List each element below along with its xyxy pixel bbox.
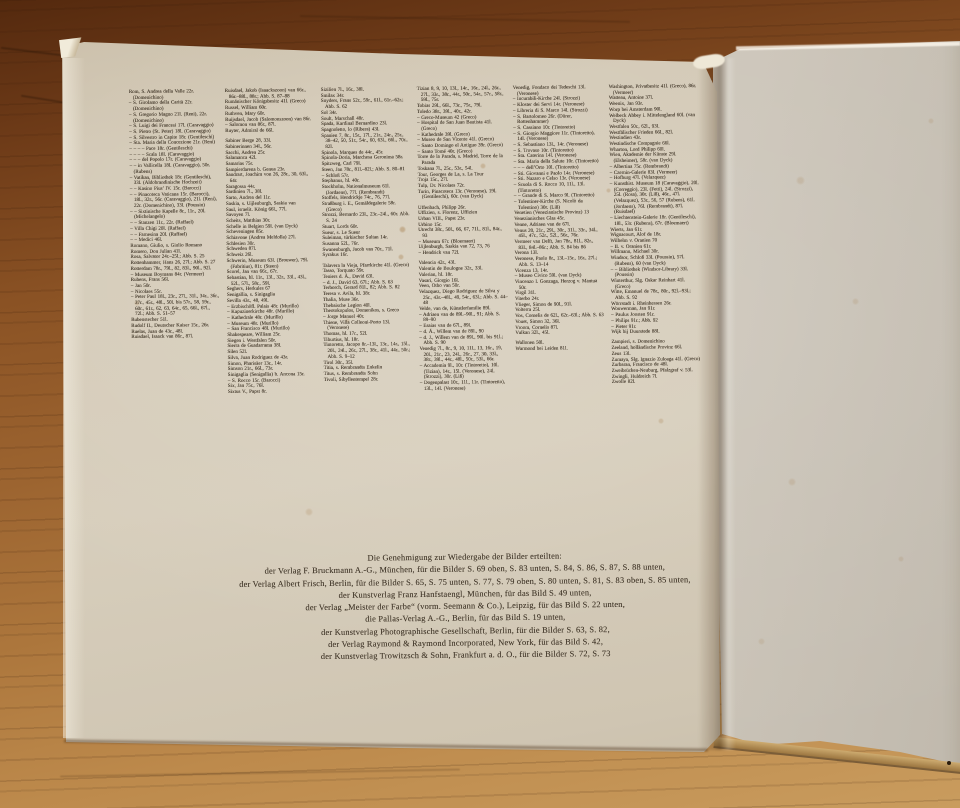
index-entry: – S. Giorgio Maggiore 11r. (Tintoretto),… xyxy=(513,131,602,143)
index-entry: – Kunsthist. Museum 18 (Caravaggio), 20l… xyxy=(610,181,699,216)
index-column-2: Ruisdael, Jakob (Isaackszoon) van 66r., … xyxy=(225,88,317,396)
index-entry: Venus 20, 21r., 29l., 30r., 31l., 33r., … xyxy=(514,228,603,240)
index-entry: Strozzi, Bernardo 23l., 23r.–24l., 60r. … xyxy=(322,213,411,225)
index-entry: Venedig 7l., 8r., 9, 10, 11l., 13, 16r.,… xyxy=(419,346,508,364)
index-entry: Steen, Jan 78r., 81l.–82l.; Abb. S. 80–8… xyxy=(322,167,411,174)
index-entry: Windsor, Schloß 33l. (Poussin), 57l. (Ru… xyxy=(611,255,700,267)
index-entry: – S. Girolamo della Carità 22r. (Domenic… xyxy=(129,101,218,113)
index-entry: – Adriaen van de 89l.–90l., 91; Abb. S. … xyxy=(419,312,508,324)
index-entry: – – Bibliothek (Windsor-Library) 33l. (P… xyxy=(611,267,700,279)
index-entry: Zwolle 82l. xyxy=(612,379,701,386)
credits-block: Die Genehmigung zur Wiedergabe der Bilde… xyxy=(181,549,750,666)
index-entry: – – Pinacoteca Vaticana 15r. (Barocci), … xyxy=(130,192,219,210)
index-entry: – Peter Paul 18l., 23r., 27l., 31l., 34r… xyxy=(131,294,220,318)
index-entry: – – in Vallicella 18l. (Caravaggio), 50r… xyxy=(130,163,219,175)
index-entry: Stockholm, Nationalmuseum 61l. (Jordaens… xyxy=(322,184,411,196)
printed-content: Rom, S. Andrea della Valle 22r. (Domenic… xyxy=(0,0,960,808)
index-entry: Tizian 8, 9, 10, 13l., 14r., 16r., 24l.,… xyxy=(417,86,506,104)
index-entry: Thiene, Villa Colleoni-Porto 13l. (Veron… xyxy=(323,320,412,332)
index-entry: Sixtus V., Papst 8r. xyxy=(228,389,317,396)
index-entry: – Dogenpalast 10r., 11l., 11r. (Tintoret… xyxy=(420,380,509,392)
index-entry: – – Sixtinische Kapelle 8r., 11r., 20l. … xyxy=(130,209,219,221)
index-entry: – Accademia 9l., 10r. (Tintoretto), 10l.… xyxy=(420,363,509,381)
credit-lines: der Verlag F. Bruckmann A.-G., München, … xyxy=(181,561,750,665)
index-entry: Rotterdam 78r., 79l., 82, 83l., 90l., 92… xyxy=(131,266,220,273)
index-entry: Sebastian, hl. 11r., 13l., 32r., 33l., 4… xyxy=(227,275,316,287)
index-entry: Warmond bei Leiden 81l. xyxy=(515,346,604,353)
index-entry: – Vatikan, Bibliothek 18r. (Gentileschi)… xyxy=(130,175,219,187)
index-entry: Vincenzo I. Gonzaga, Herzog v. Mantua 50… xyxy=(515,279,604,291)
index-entry: Torre de la Parada, s. Madrid, Torre de … xyxy=(417,155,506,167)
index-entry: Utrecht 38r., 50l., 66, 67, 71l., 81l., … xyxy=(418,227,507,239)
index-entry: – Hospital de San Juan Bautista 41l. (Gr… xyxy=(417,120,506,132)
index-entry: Wien, Akademie der Künste 29l. (Elsheime… xyxy=(609,153,698,165)
photo-open-book: Rom, S. Andrea della Valle 22r. (Domenic… xyxy=(0,0,960,808)
index-column-5: Venedig, Fondaco dei Tedeschi 13l. (Vero… xyxy=(513,85,605,393)
index-entry: – S. Bartolomeo 26r. (Dürer, Rottenhamme… xyxy=(513,114,602,126)
index-entry: Washington, Privatbesitz 41l. (Greco), 8… xyxy=(609,84,698,96)
index-entry: Witte, Emanuel de 78r., 80r., 92l.–93l.;… xyxy=(611,289,700,301)
index-entry: Veronese, Paolo 8r., 13l.–15r., 16r., 27… xyxy=(515,256,604,268)
index-entry: Velazquez, Diego Rodriguez de Silva y 25… xyxy=(419,289,508,307)
index-entry: – d. J., Willem van de 89l., 90l. bis 91… xyxy=(419,335,508,347)
index-entry: Sandrart, Joachim von 26, 28r., 30, 63l.… xyxy=(226,172,315,184)
index-entry: Ruisdael, Isaack van 86r., 87l. xyxy=(131,334,220,341)
index-entry: Vermeer van Delft, Jan 78r., 81l., 82r.,… xyxy=(514,239,603,251)
index-entry: Tintoretto, Jacopo 8r.–13l., 13r., 14r.,… xyxy=(323,343,412,361)
index-column-6: Washington, Privatbesitz 41l. (Greco), 8… xyxy=(609,84,701,392)
index-text-block: Rom, S. Andrea della Valle 22r. (Domenic… xyxy=(129,84,701,397)
index-entry: Tivoli, Sibyllentempel 28r. xyxy=(324,377,413,384)
index-entry: Schwerin, Museum 63l. (Brouwer), 79l. (F… xyxy=(227,258,316,270)
index-entry: Welbeck Abbey i. Mittelengland 60l. (van… xyxy=(609,113,698,125)
index-column-3: Sizilien 7l., 16r., 38l.Smilax 34r.Snyde… xyxy=(321,87,413,395)
index-entry: – Liechtenstein-Galerie 18r. (Gentilesch… xyxy=(610,215,699,227)
index-column-4: Tizian 8, 9, 10, 13l., 14r., 16r., 24l.,… xyxy=(417,86,509,394)
index-column-1: Rom, S. Andrea della Valle 22r. (Domenic… xyxy=(129,89,221,397)
index-entry: Spanien 7, 8r., 15r., 17l., 21r., 24r., … xyxy=(321,133,410,151)
index-entry: Turin, Pinacoteca 13r. (Veronese), 19l. … xyxy=(418,189,507,201)
index-entry: Snyders, Frans 52r., 59r., 61l., 61r.–62… xyxy=(321,99,410,111)
